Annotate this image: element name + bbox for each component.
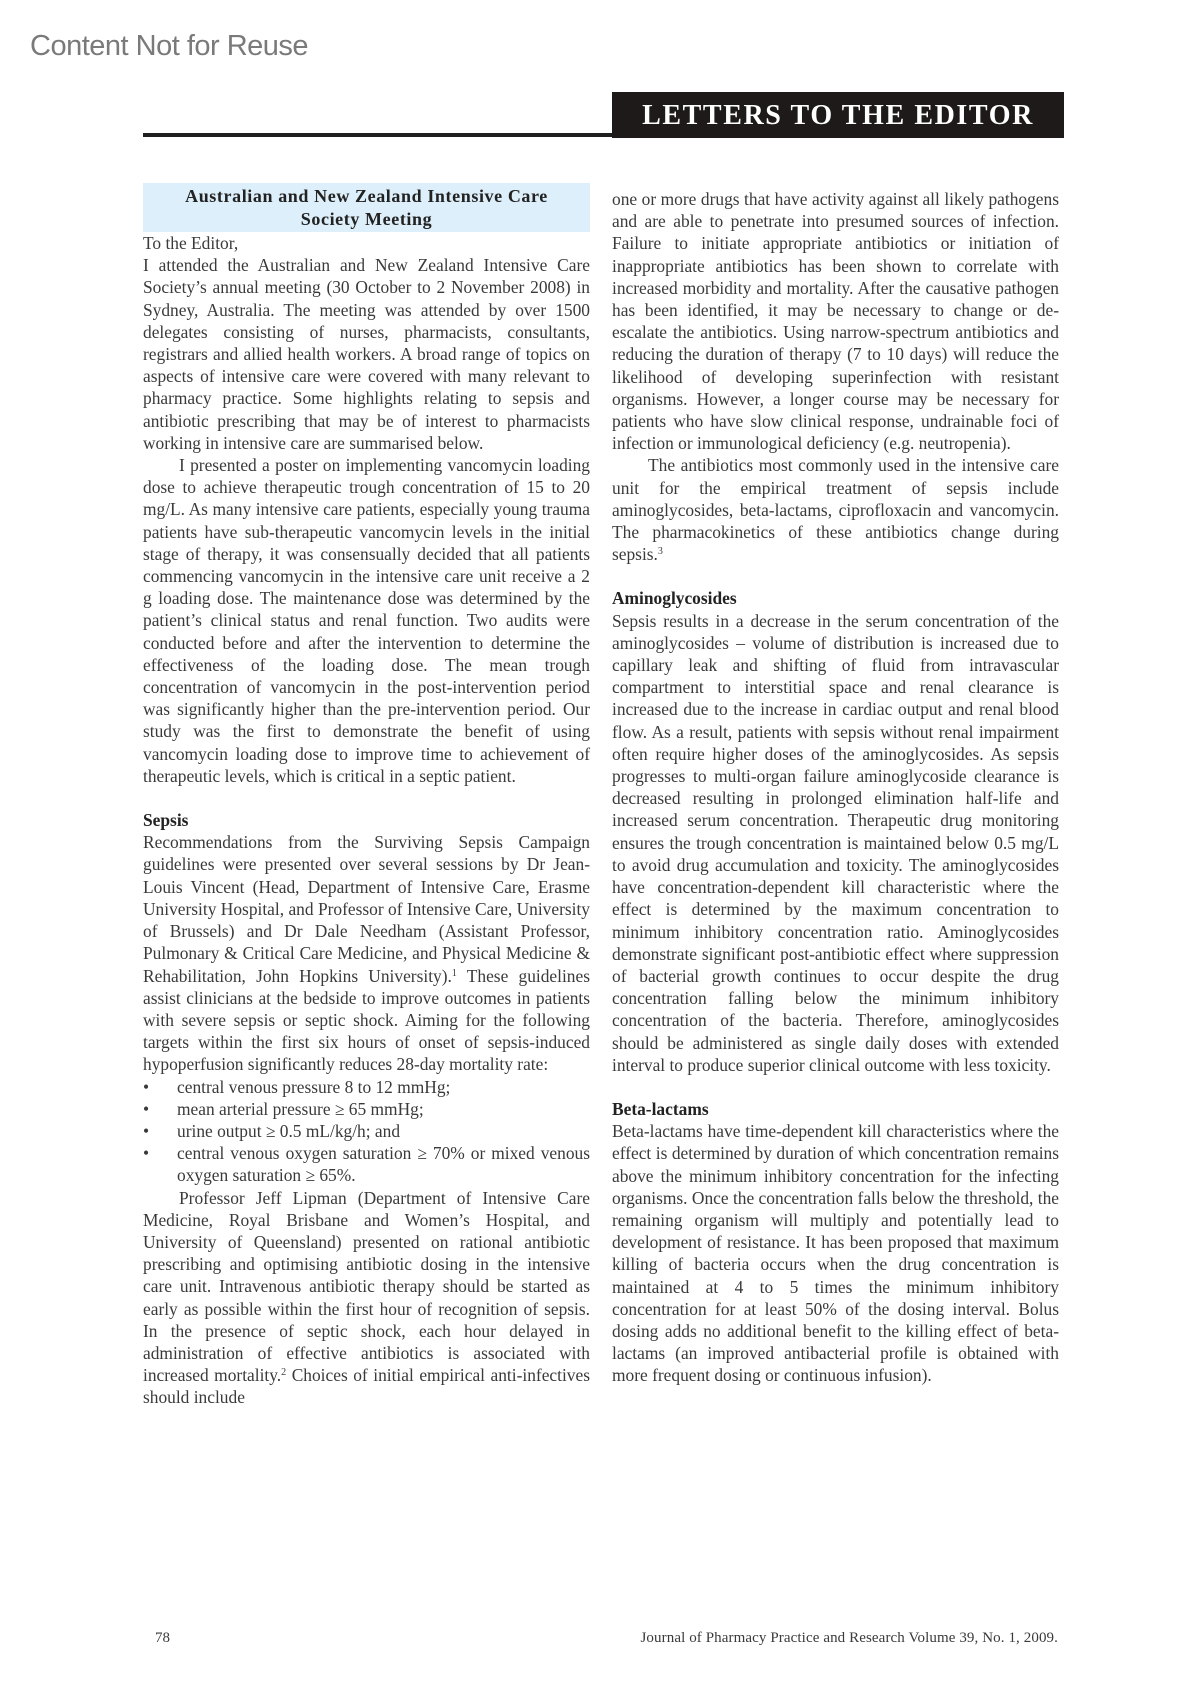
target-item: •central venous pressure 8 to 12 mmHg;: [143, 1076, 590, 1098]
target-item: •urine output ≥ 0.5 mL/kg/h; and: [143, 1120, 590, 1142]
section-heading-sepsis: Sepsis: [143, 809, 590, 831]
target-item: •central venous oxygen saturation ≥ 70% …: [143, 1142, 590, 1186]
watermark: Content Not for Reuse: [30, 30, 308, 63]
journal-citation: Journal of Pharmacy Practice and Researc…: [640, 1630, 1058, 1647]
spacer: [612, 565, 1059, 587]
sepsis-paragraph-3-text: The antibiotics most commonly used in th…: [612, 455, 1059, 564]
sepsis-paragraph-1: Recommendations from the Surviving Sepsi…: [143, 831, 590, 1075]
beta-lactams-paragraph: Beta-lactams have time-dependent kill ch…: [612, 1120, 1059, 1386]
target-list: •central venous pressure 8 to 12 mmHg; •…: [143, 1076, 590, 1187]
section-heading-aminoglycosides: Aminoglycosides: [612, 587, 1059, 609]
article-title: Australian and New Zealand Intensive Car…: [143, 183, 590, 232]
page-number: 78: [155, 1630, 170, 1647]
sepsis-paragraph-3: The antibiotics most commonly used in th…: [612, 454, 1059, 565]
spacer: [612, 1076, 1059, 1098]
poster-paragraph: I presented a poster on implementing van…: [143, 454, 590, 787]
spacer: [143, 787, 590, 809]
header-rule: [143, 133, 615, 137]
reference-3[interactable]: 3: [658, 546, 663, 557]
sepsis-paragraph-2: Professor Jeff Lipman (Department of Int…: [143, 1187, 590, 1409]
section-heading-beta-lactams: Beta-lactams: [612, 1098, 1059, 1120]
bullet-icon: •: [143, 1076, 149, 1098]
bullet-icon: •: [143, 1142, 149, 1164]
bullet-icon: •: [143, 1098, 149, 1120]
bullet-icon: •: [143, 1120, 149, 1142]
intro-paragraph: I attended the Australian and New Zealan…: [143, 254, 590, 454]
right-column: one or more drugs that have activity aga…: [612, 188, 1059, 1387]
aminoglycosides-paragraph: Sepsis results in a decrease in the seru…: [612, 610, 1059, 1076]
target-item: •mean arterial pressure ≥ 65 mmHg;: [143, 1098, 590, 1120]
left-column: Australian and New Zealand Intensive Car…: [143, 183, 590, 1409]
continued-paragraph: one or more drugs that have activity aga…: [612, 188, 1059, 454]
sepsis-paragraph-2-text: Professor Jeff Lipman (Department of Int…: [143, 1188, 590, 1386]
sepsis-paragraph-1-text: Recommendations from the Surviving Sepsi…: [143, 832, 590, 985]
salutation: To the Editor,: [143, 232, 590, 254]
reference-2[interactable]: 2: [281, 1367, 286, 1378]
section-banner: LETTERS TO THE EDITOR: [612, 92, 1064, 138]
